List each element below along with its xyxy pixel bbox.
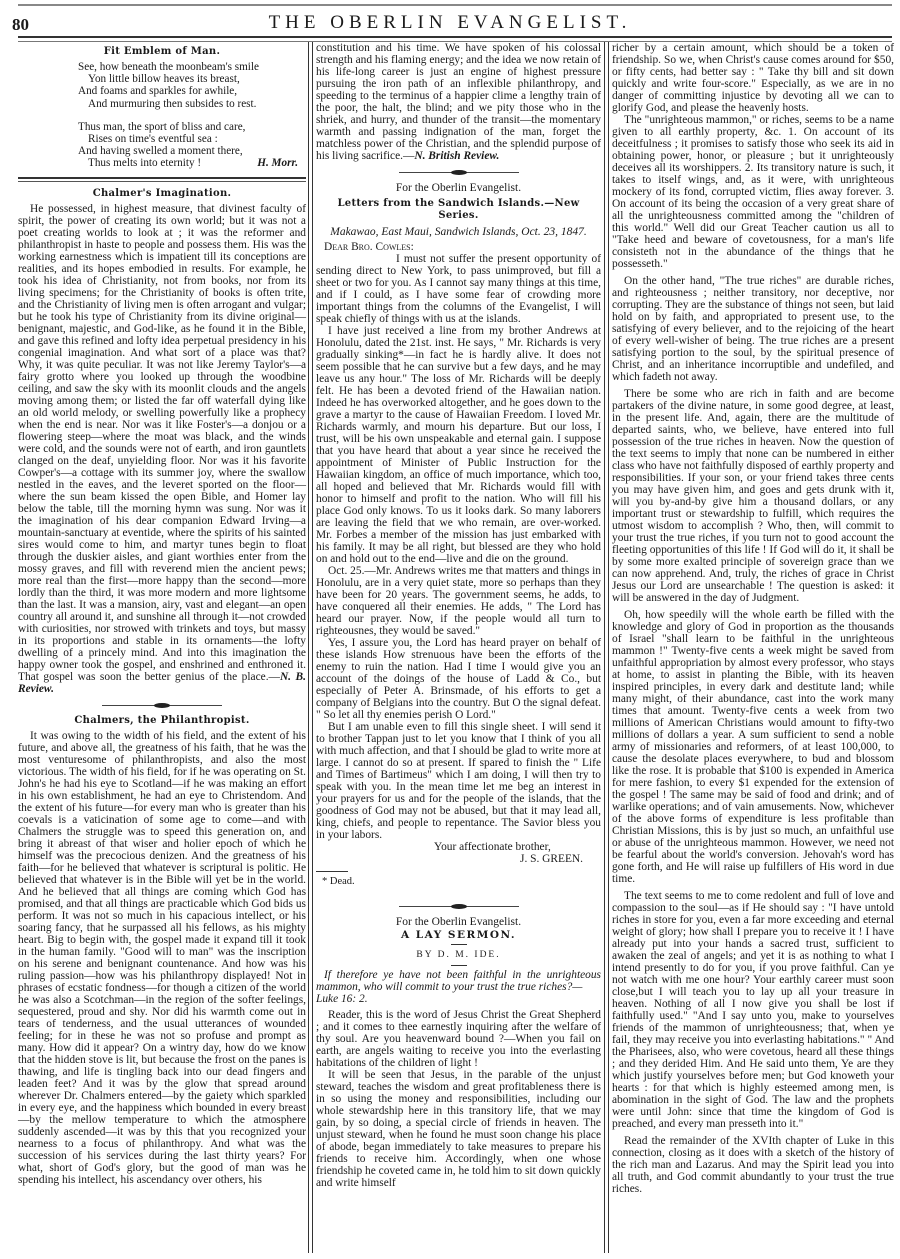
- letter-kicker: For the Oberlin Evangelist.: [316, 182, 601, 194]
- article-body: He possessed, in highest measure, that d…: [18, 203, 306, 695]
- column-3: richer by a certain amount, which should…: [612, 42, 894, 1253]
- poem-line: See, how beneath the moonbeam's smile: [78, 61, 306, 73]
- sermon-kicker: For the Oberlin Evangelist.: [316, 916, 601, 928]
- poem-line-text: Thus melts into eternity !: [88, 157, 201, 169]
- top-rule: [18, 4, 892, 6]
- sermon-byline: BY D. M. IDE.: [316, 949, 601, 961]
- sermon-paragraph: The text seems to me to come redolent an…: [612, 890, 894, 1130]
- ornament-divider: [399, 168, 519, 178]
- poem-line: And foams and sparkles for awhile,: [78, 85, 306, 97]
- epigraph-text: If therefore ye have not been faithful i…: [316, 969, 601, 993]
- letter-paragraph: I must not suffer the present opportunit…: [316, 253, 601, 325]
- sermon-paragraph: It will be seen that Jesus, in the parab…: [316, 1069, 601, 1189]
- article-title: Chalmer's Imagination.: [18, 188, 306, 200]
- article-text: constitution and his time. We have spoke…: [316, 42, 601, 162]
- poem-line: Thus melts into eternity !H. Morr.: [78, 157, 306, 169]
- sermon-epigraph: If therefore ye have not been faithful i…: [316, 969, 601, 1005]
- article-body: It was owing to the width of his field, …: [18, 730, 306, 1186]
- poem: See, how beneath the moonbeam's smile Yo…: [78, 61, 306, 170]
- sermon-paragraph: There be some who are rich in faith and …: [612, 388, 894, 604]
- sermon-paragraph: Reader, this is the word of Jesus Christ…: [316, 1009, 601, 1069]
- column-1: Fit Emblem of Man. See, how beneath the …: [18, 42, 306, 1253]
- poem-title: Fit Emblem of Man.: [18, 46, 306, 58]
- masthead-title: THE OBERLIN EVANGELIST.: [0, 12, 900, 34]
- sermon-paragraph: richer by a certain amount, which should…: [612, 42, 894, 114]
- column-rule: [308, 42, 313, 1253]
- poem-author: H. Morr.: [257, 157, 298, 169]
- sermon-paragraph: The "unrighteous mammon," or riches, see…: [612, 114, 894, 270]
- poem-line: Thus man, the sport of bliss and care,: [78, 121, 306, 133]
- column-2: constitution and his time. We have spoke…: [316, 42, 601, 1253]
- letter-paragraph: Yes, I assure you, the Lord has heard pr…: [316, 637, 601, 721]
- short-rule: [451, 944, 467, 945]
- poem-line: And murmuring then subsides to rest.: [78, 98, 306, 110]
- letter-paragraph: I have just received a line from my brot…: [316, 325, 601, 565]
- footnote-rule: [316, 871, 348, 872]
- page-columns: Fit Emblem of Man. See, how beneath the …: [18, 42, 892, 1253]
- footnote: * Dead.: [322, 876, 601, 888]
- poem-line: And having swelled a moment there,: [78, 145, 306, 157]
- ornament-divider: [102, 701, 222, 711]
- sermon-paragraph: Read the remainder of the XVIth chapter …: [612, 1135, 894, 1195]
- sermon-paragraph: On the other hand, "The true riches" are…: [612, 275, 894, 383]
- epigraph-reference: Luke 16: 2.: [316, 993, 368, 1005]
- section-divider: [18, 177, 306, 182]
- column-rule: [604, 42, 609, 1253]
- letter-dateline: Makawao, East Maui, Sandwich Islands, Oc…: [316, 226, 601, 238]
- article-continued: constitution and his time. We have spoke…: [316, 42, 601, 162]
- letter-title: Letters from the Sandwich Islands.—New S…: [316, 198, 601, 222]
- article-text: He possessed, in highest measure, that d…: [18, 203, 306, 683]
- letter-closing: Your affectionate brother,: [434, 841, 601, 853]
- sermon-title: A LAY SERMON.: [316, 929, 601, 941]
- article-title: Chalmers, the Philanthropist.: [18, 715, 306, 727]
- ornament-divider: [399, 902, 519, 912]
- poem-line: Yon little billow heaves its breast,: [78, 73, 306, 85]
- letter-signature: J. S. GREEN.: [316, 853, 583, 865]
- stanza-gap: [78, 110, 306, 121]
- letter-salutation: Dear Bro. Cowles:: [324, 241, 601, 253]
- poem-line: Rises on time's eventful sea :: [78, 133, 306, 145]
- article-source: N. British Review.: [414, 150, 499, 162]
- sermon-paragraph: Oh, how speedily will the whole earth be…: [612, 609, 894, 885]
- letter-paragraph: Oct. 25.—Mr. Andrews writes me that matt…: [316, 565, 601, 637]
- letter-paragraph: But I am unable even to fill this single…: [316, 721, 601, 841]
- short-rule: [451, 965, 467, 966]
